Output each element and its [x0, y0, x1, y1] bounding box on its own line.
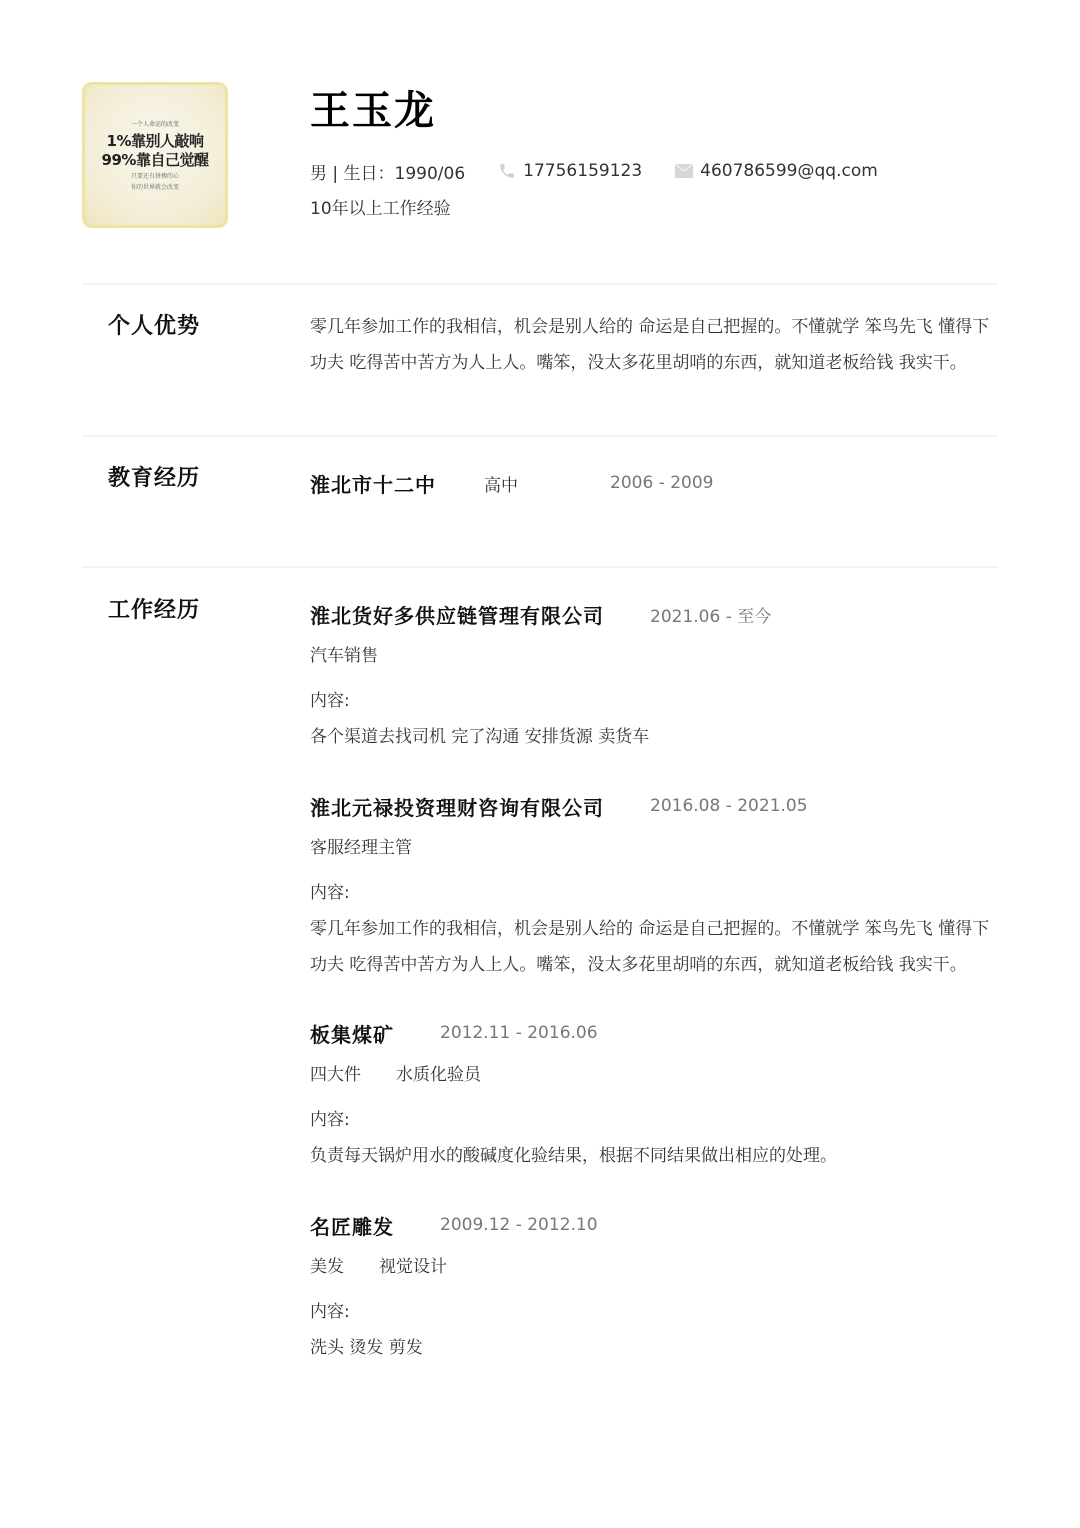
candidate-name: 王玉龙 — [310, 86, 436, 136]
avatar-line-2: 99%靠自己觉醒 — [102, 151, 209, 170]
work-item: 淮北元禄投资理财咨询有限公司 2016.08 - 2021.05 客服经理主管 … — [310, 791, 1005, 983]
work-role: 水质化验员 — [396, 1062, 481, 1088]
work-content-label: 内容: — [310, 1107, 1010, 1133]
work-role: 汽车销售 — [310, 643, 378, 669]
work-department: 美发 — [310, 1254, 379, 1280]
phone-icon — [497, 161, 517, 181]
education-item: 淮北市十二中 高中 2006 - 2009 — [310, 468, 713, 498]
divider — [82, 283, 998, 285]
mail-icon — [674, 161, 694, 181]
work-item: 名匠雕发 2009.12 - 2012.10 美发 视觉设计 内容: 洗头 烫发… — [310, 1210, 1010, 1366]
education-degree: 高中 — [484, 471, 610, 496]
work-department: 四大件 — [310, 1062, 396, 1088]
education-school: 淮北市十二中 — [310, 469, 484, 498]
work-content: 各个渠道去找司机 完了沟通 安排货源 卖货车 — [310, 719, 1010, 755]
email-address[interactable]: 460786599@qq.com — [700, 161, 878, 181]
gender-birth: 男 | 生日：1990/06 — [310, 159, 465, 184]
work-company: 名匠雕发 — [310, 1211, 394, 1240]
avatar: 一个人命运的改变 1%靠别人敲响 99%靠自己觉醒 只要还有拼搏的心 你的世界就… — [82, 82, 228, 228]
work-dates: 2009.12 - 2012.10 — [440, 1215, 598, 1235]
work-dates: 2021.06 - 至今 — [650, 602, 771, 627]
work-content: 负责每天锅炉用水的酸碱度化验结果，根据不同结果做出相应的处理。 — [310, 1138, 1010, 1174]
avatar-bottom-caption-2: 你的世界就会改变 — [131, 184, 179, 192]
work-item: 板集煤矿 2012.11 - 2016.06 四大件 水质化验员 内容: 负责每… — [310, 1018, 1010, 1174]
work-company: 淮北货好多供应链管理有限公司 — [310, 600, 604, 629]
divider — [82, 566, 998, 568]
section-title-education: 教育经历 — [108, 464, 200, 494]
avatar-top-caption: 一个人命运的改变 — [131, 119, 179, 128]
work-content: 零几年参加工作的我相信，机会是别人给的 命运是自己把握的。不懂就学 笨鸟先飞 懂… — [310, 911, 1005, 983]
work-content-label: 内容: — [310, 880, 1005, 906]
section-title-work: 工作经历 — [108, 596, 200, 626]
education-dates: 2006 - 2009 — [610, 473, 713, 493]
phone-number[interactable]: 17756159123 — [523, 161, 642, 181]
section-title-advantages: 个人优势 — [108, 312, 200, 342]
work-role: 客服经理主管 — [310, 835, 412, 861]
work-company: 淮北元禄投资理财咨询有限公司 — [310, 792, 604, 821]
divider — [82, 435, 998, 437]
work-company: 板集煤矿 — [310, 1019, 394, 1048]
work-role: 视觉设计 — [379, 1254, 447, 1280]
advantages-text: 零几年参加工作的我相信，机会是别人给的 命运是自己把握的。不懂就学 笨鸟先飞 懂… — [310, 309, 1005, 381]
experience-years: 10年以上工作经验 — [310, 196, 451, 222]
resume-page: 一个人命运的改变 1%靠别人敲响 99%靠自己觉醒 只要还有拼搏的心 你的世界就… — [0, 0, 1080, 1528]
work-content: 洗头 烫发 剪发 — [310, 1330, 1010, 1366]
work-content-label: 内容: — [310, 1299, 1010, 1325]
avatar-bottom-caption-1: 只要还有拼搏的心 — [131, 173, 179, 181]
work-dates: 2016.08 - 2021.05 — [650, 796, 808, 816]
work-dates: 2012.11 - 2016.06 — [440, 1023, 598, 1043]
contact-info-row: 男 | 生日：1990/06 17756159123 460786599@qq.… — [310, 158, 878, 184]
work-item: 淮北货好多供应链管理有限公司 2021.06 - 至今 汽车销售 内容: 各个渠… — [310, 599, 1010, 755]
work-content-label: 内容: — [310, 688, 1010, 714]
avatar-line-1: 1%靠别人敲响 — [107, 132, 204, 151]
